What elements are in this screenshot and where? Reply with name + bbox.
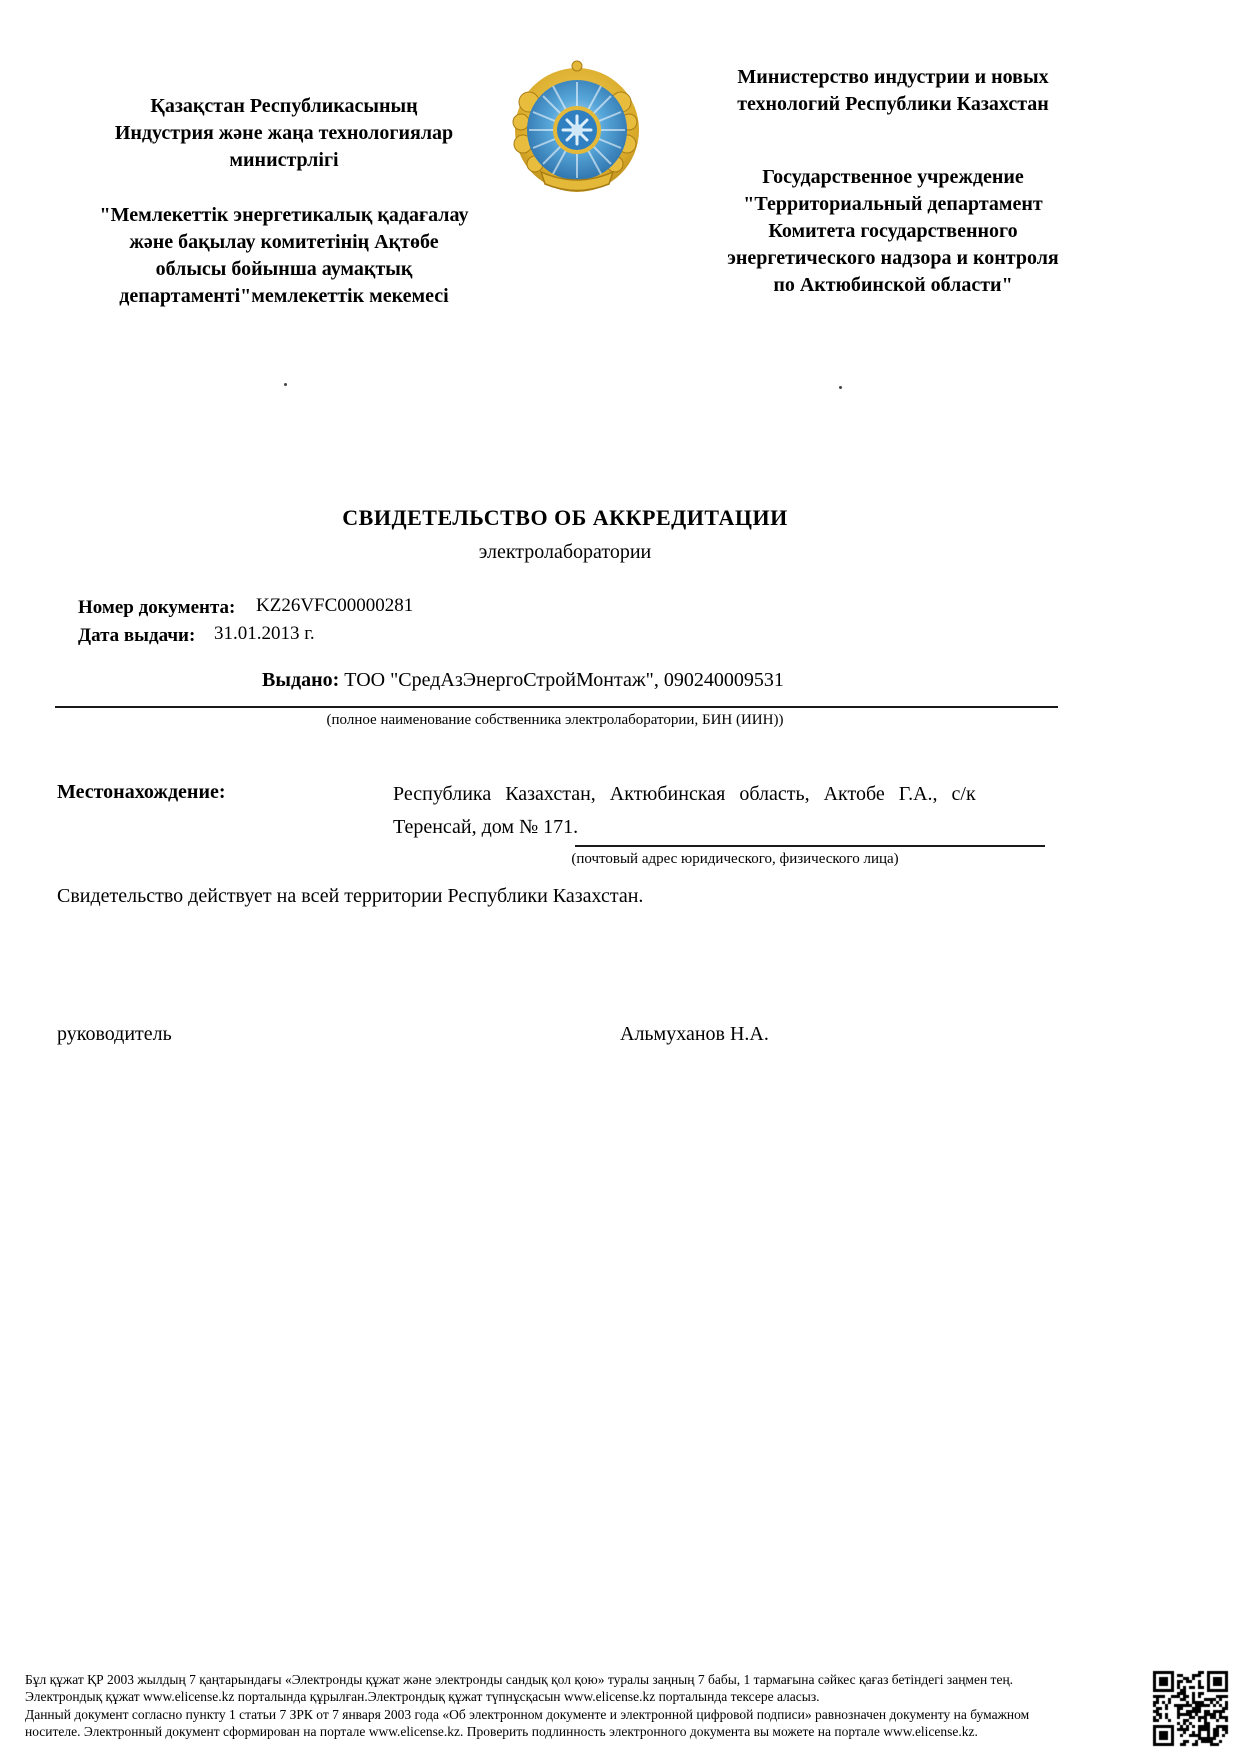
document-title: СВИДЕТЕЛЬСТВО ОБ АККРЕДИТАЦИИ [0, 505, 1130, 531]
ministry-name-kk: Қазақстан Республикасының Индустрия және… [60, 93, 508, 174]
doc-number-value: KZ26VFC00000281 [256, 595, 413, 617]
validity-statement: Свидетельство действует на всей территор… [57, 885, 643, 908]
signature-name: Альмуханов Н.А. [620, 1023, 769, 1046]
footer-line: Данный документ согласно пункту 1 статьи… [25, 1706, 1155, 1723]
address-underline [575, 845, 1045, 847]
department-name-ru: Государственное учреждение "Территориаль… [652, 164, 1134, 299]
ministry-name-ru: Министерство индустрии и новых технологи… [652, 64, 1134, 118]
address-caption: (почтовый адрес юридического, физическог… [535, 851, 935, 868]
header-right-block: Министерство индустрии и новых технологи… [652, 64, 1134, 299]
location-address: Республика Казахстан, Актюбинская област… [393, 778, 1060, 844]
header-left-block: Қазақстан Республикасының Индустрия және… [60, 66, 508, 337]
address-line-1: Республика Казахстан, Актюбинская област… [393, 783, 976, 805]
certificate-page: Қазақстан Республикасының Индустрия және… [0, 0, 1241, 1754]
document-subtitle: электролаборатории [0, 541, 1130, 564]
signature-role: руководитель [57, 1023, 172, 1046]
stray-dot [839, 386, 842, 389]
doc-number-label: Номер документа: [78, 597, 235, 619]
issue-date-value: 31.01.2013 г. [214, 623, 315, 645]
stray-dot [284, 383, 287, 386]
footer-line: Электрондық құжат www.elicense.kz портал… [25, 1688, 1155, 1705]
issue-date-label: Дата выдачи: [78, 625, 195, 647]
address-line-2: Теренсай, дом № 171. [393, 816, 578, 838]
issued-to-line: Выдано: ТОО "СредАзЭнергоСтройМонтаж", 0… [262, 669, 784, 692]
issued-caption: (полное наименование собственника электр… [255, 712, 855, 729]
footer-line: Бұл құжат ҚР 2003 жылдың 7 қаңтарындағы … [25, 1671, 1155, 1688]
issued-to-label: Выдано: [262, 669, 339, 691]
location-label: Местонахождение: [57, 781, 226, 804]
department-name-kk: "Мемлекеттік энергетикалық қадағалау жән… [60, 202, 508, 310]
footer-legal-block: Бұл құжат ҚР 2003 жылдың 7 қаңтарындағы … [25, 1671, 1155, 1741]
kazakhstan-emblem-icon [507, 54, 643, 200]
footer-line: носителе. Электронный документ сформиров… [25, 1723, 1155, 1740]
issued-to-value: ТОО "СредАзЭнергоСтройМонтаж", 090240009… [339, 669, 784, 691]
issued-underline [55, 706, 1058, 708]
qr-code [1148, 1666, 1234, 1752]
